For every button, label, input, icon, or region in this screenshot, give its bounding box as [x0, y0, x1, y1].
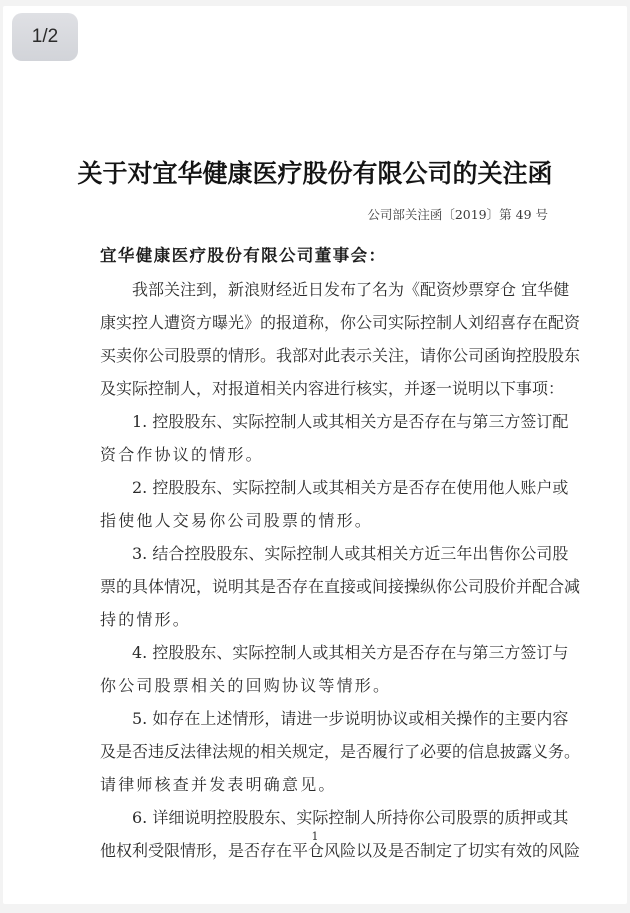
body-line: 持的情形。 — [100, 609, 546, 631]
reference-number: 公司部关注函〔2019〕第 49 号 — [367, 205, 548, 223]
document-viewer: 1/2 关于对宜华健康医疗股份有限公司的关注函 公司部关注函〔2019〕第 49… — [0, 0, 630, 913]
body-line: 他权利受限情形，是否存在平仓风险以及是否制定了切实有效的风险 — [100, 840, 546, 862]
body-line: 票的具体情况，说明其是否存在直接或间接操纵你公司股价并配合减 — [100, 576, 546, 598]
body-line: 及实际控制人，对报道相关内容进行核实，并逐一说明以下事项： — [100, 378, 546, 400]
salutation: 宜华健康医疗股份有限公司董事会： — [100, 242, 386, 266]
body-line: 你公司股票相关的回购协议等情形。 — [100, 675, 546, 697]
body-line: 1. 控股股东、实际控制人或其相关方是否存在与第三方签订配 — [100, 411, 546, 433]
body-line: 我部关注到，新浪财经近日发布了名为《配资炒票穿仓 宜华健 — [100, 279, 546, 301]
body-line: 4. 控股股东、实际控制人或其相关方是否存在与第三方签订与 — [100, 642, 546, 664]
body-line: 指使他人交易你公司股票的情形。 — [100, 510, 546, 532]
body-line: 及是否违反法律法规的相关规定，是否履行了必要的信息披露义务。 — [100, 741, 546, 763]
body-line: 康实控人遭资方曝光》的报道称，你公司实际控制人刘绍喜存在配资 — [100, 312, 546, 334]
body-line: 5. 如存在上述情形，请进一步说明协议或相关操作的主要内容 — [100, 708, 546, 730]
page-number: 1 — [0, 830, 630, 843]
body-line: 买卖你公司股票的情形。我部对此表示关注，请你公司函询控股股东 — [100, 345, 546, 367]
body-line: 3. 结合控股股东、实际控制人或其相关方近三年出售你公司股 — [100, 543, 546, 565]
body-line: 资合作协议的情形。 — [100, 444, 546, 466]
body-line: 6. 详细说明控股股东、实际控制人所持你公司股票的质押或其 — [100, 807, 546, 829]
document-title: 关于对宜华健康医疗股份有限公司的关注函 — [0, 154, 630, 190]
page-indicator-badge: 1/2 — [12, 13, 78, 61]
body-line: 2. 控股股东、实际控制人或其相关方是否存在使用他人账户或 — [100, 477, 546, 499]
body-line: 请律师核查并发表明确意见。 — [100, 774, 546, 796]
